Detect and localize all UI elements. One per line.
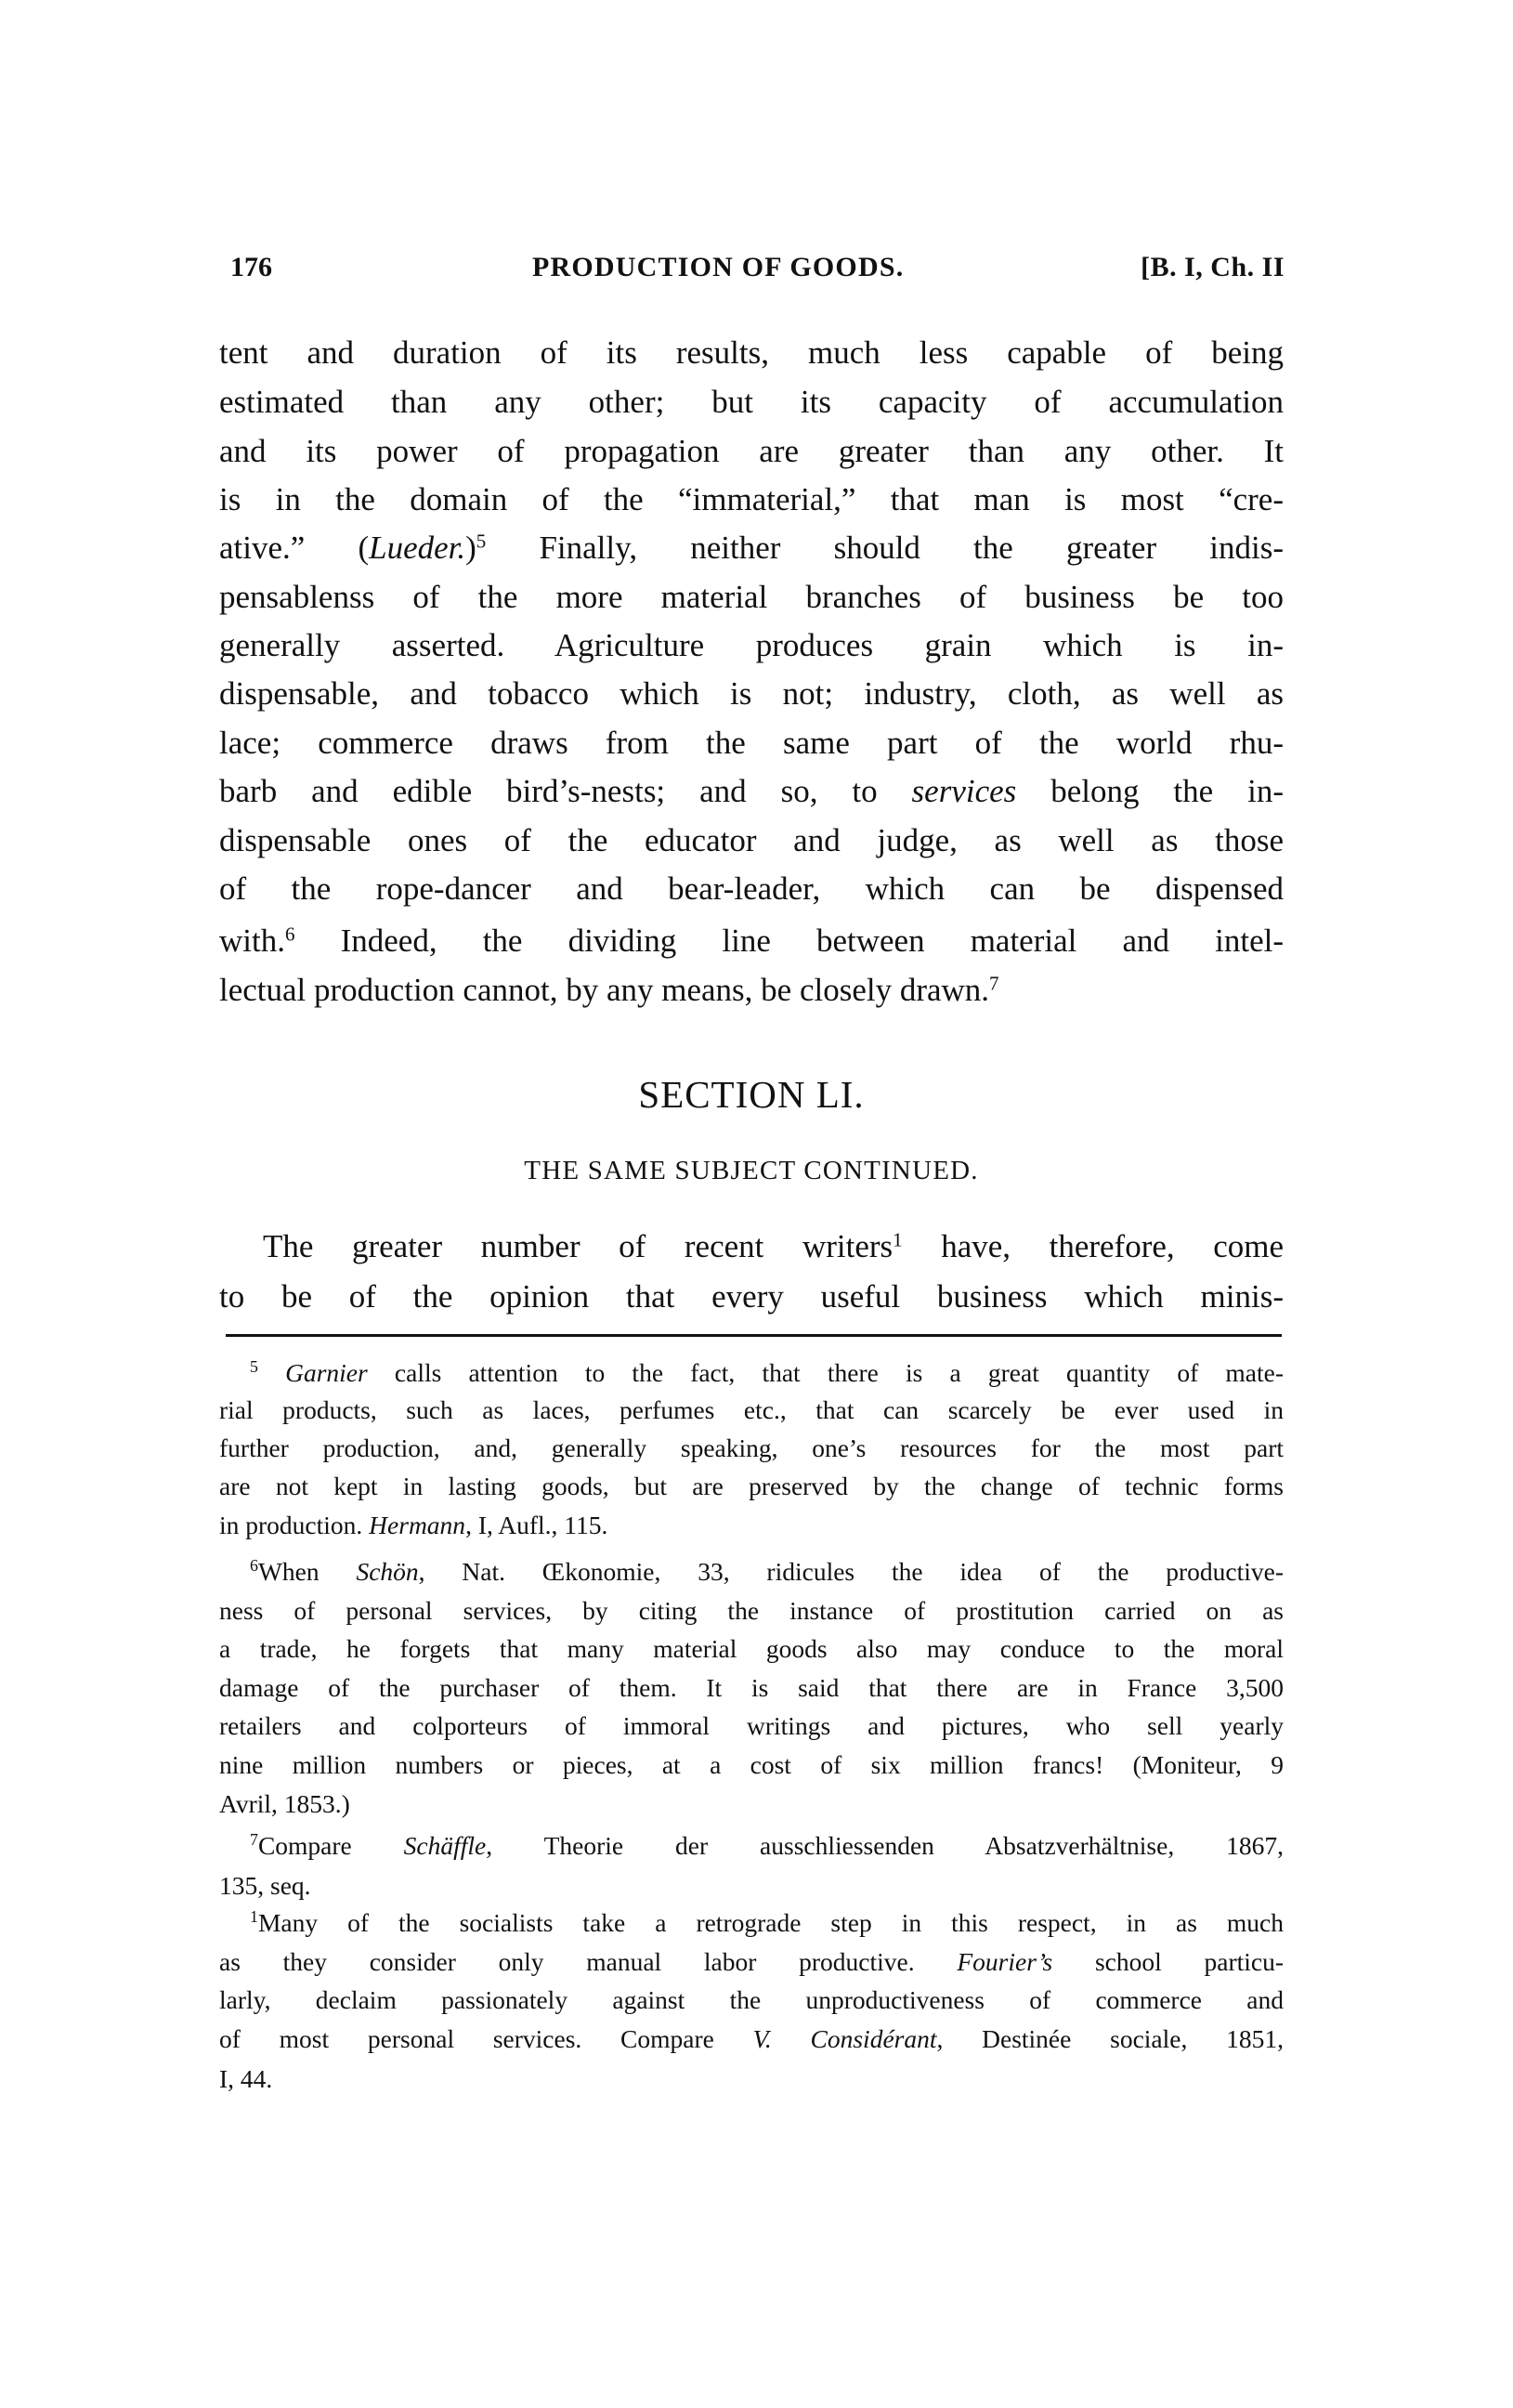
footnote-line: nine million numbers or pieces, at a cos… <box>219 1747 1284 1784</box>
author-citation: Lueder. <box>369 530 465 566</box>
author-citation: Fourier’s <box>957 1947 1052 1976</box>
footnote-line: ness of personal services, by citing the… <box>219 1592 1284 1629</box>
footnote-line: rial products, such as laces, perfumes e… <box>219 1392 1284 1429</box>
footnote-separator-rule <box>226 1334 1282 1337</box>
footnote-line: 5 Garnier calls attention to the fact, t… <box>219 1354 1284 1392</box>
footnote-line: in production. Hermann, I, Aufl., 115. <box>219 1507 1284 1544</box>
body-line: dispensable, and tobacco which is not; i… <box>219 671 1284 717</box>
footnote-marker: 5 <box>250 1357 258 1376</box>
body-line: pensablenss of the more material branche… <box>219 574 1284 621</box>
body-line: ative.” (Lueder.)5 Finally, neither shou… <box>219 525 1284 571</box>
body-line: of the rope-dancer and bear-leader, whic… <box>219 866 1284 912</box>
footnote-line: I, 44. <box>219 2061 1284 2098</box>
body-line: with.6 Indeed, the dividing line between… <box>219 918 1284 964</box>
body-line: and its power of propagation are greater… <box>219 428 1284 475</box>
footnote-line: a trade, he forgets that many material g… <box>219 1630 1284 1668</box>
chapter-reference: [B. I, Ch. II <box>1141 251 1285 284</box>
running-title: PRODUCTION OF GOODS. <box>532 251 904 284</box>
footnote-line: damage of the purchaser of them. It is s… <box>219 1669 1284 1707</box>
body-line: lectual production cannot, by any means,… <box>219 967 1284 1014</box>
body-line: barb and edible bird’s-nests; and so, to… <box>219 768 1284 815</box>
body-line: estimated than any other; but its capaci… <box>219 379 1284 425</box>
emphasis: services <box>912 773 1017 809</box>
footnote-line: Avril, 1853.) <box>219 1786 1284 1823</box>
body-line: generally asserted. Agriculture produces… <box>219 622 1284 669</box>
body-line: is in the domain of the “immaterial,” th… <box>219 477 1284 523</box>
footnote-ref[interactable]: 7 <box>989 972 999 994</box>
author-citation: V. Considérant <box>753 2024 937 2053</box>
footnote-ref[interactable]: 5 <box>476 530 487 552</box>
footnote-line: as they consider only manual labor produ… <box>219 1943 1284 1981</box>
author-citation: Schön <box>356 1557 418 1586</box>
body-line: lace; commerce draws from the same part … <box>219 720 1284 766</box>
footnote-line: 1Many of the socialists take a retrograd… <box>219 1904 1284 1942</box>
author-citation: Garnier <box>285 1358 368 1387</box>
running-header: 176 PRODUCTION OF GOODS. [B. I, Ch. II <box>223 251 1285 284</box>
body-line: The greater number of recent writers1 ha… <box>219 1224 1284 1270</box>
body-line: to be of the opinion that every useful b… <box>219 1274 1284 1320</box>
footnote-marker: 7 <box>250 1830 258 1849</box>
author-citation: Schäffle <box>404 1831 487 1860</box>
section-subheading: THE SAME SUBJECT CONTINUED. <box>219 1152 1284 1189</box>
footnote-ref[interactable]: 6 <box>285 923 295 945</box>
page-number: 176 <box>230 251 272 284</box>
footnote-line: 7Compare Schäffle, Theorie der ausschlie… <box>219 1827 1284 1865</box>
footnote-marker: 1 <box>250 1907 258 1926</box>
footnote-ref[interactable]: 1 <box>893 1228 903 1250</box>
footnote-line: retailers and colporteurs of immoral wri… <box>219 1708 1284 1745</box>
section-heading: SECTION LI. <box>219 1071 1284 1118</box>
footnote-line: 6When Schön, Nat. Œkonomie, 33, ridicule… <box>219 1553 1284 1590</box>
author-citation: Hermann <box>369 1511 465 1539</box>
footnote-line: larly, declaim passionately against the … <box>219 1982 1284 2019</box>
footnote-line: further production, and, generally speak… <box>219 1430 1284 1467</box>
footnote-line: of most personal services. Compare V. Co… <box>219 2021 1284 2058</box>
footnote-line: 135, seq. <box>219 1867 1284 1904</box>
book-page: 176 PRODUCTION OF GOODS. [B. I, Ch. II t… <box>0 0 1513 2408</box>
footnote-marker: 6 <box>250 1556 258 1575</box>
footnote-line: are not kept in lasting goods, but are p… <box>219 1468 1284 1505</box>
body-line: tent and duration of its results, much l… <box>219 330 1284 376</box>
body-line: dispensable ones of the educator and jud… <box>219 818 1284 864</box>
